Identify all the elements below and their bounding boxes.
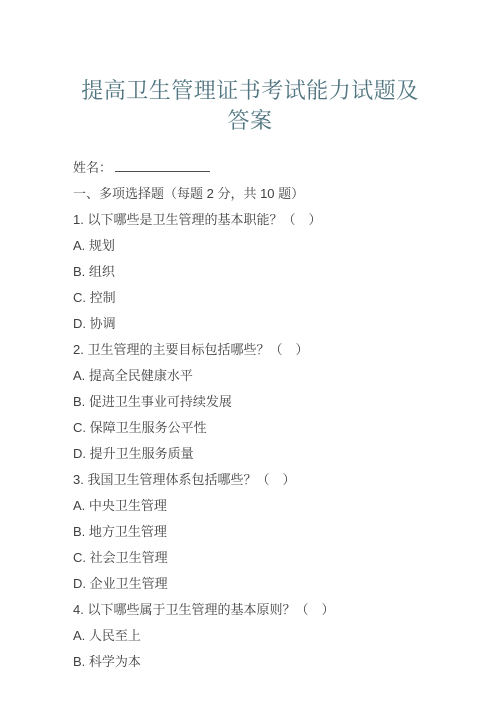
question-1-label: 1. 以下哪些是卫生管理的基本职能？（ ） bbox=[73, 213, 460, 226]
section-header: 一、多项选择题（每题 2 分，共 10 题） bbox=[73, 187, 460, 200]
name-label: 姓名： bbox=[73, 160, 112, 175]
question-3-option-a: A. 中央卫生管理 bbox=[73, 499, 460, 512]
question-4-label: 4. 以下哪些属于卫生管理的基本原则？（ ） bbox=[73, 603, 460, 616]
question-2-option-a: A. 提高全民健康水平 bbox=[73, 369, 460, 382]
name-field-row: 姓名： bbox=[73, 160, 460, 174]
question-3-option-c: C. 社会卫生管理 bbox=[73, 551, 460, 564]
document-page: 提高卫生管理证书考试能力试题及答案 姓名： 一、多项选择题（每题 2 分，共 1… bbox=[0, 0, 500, 707]
question-4-option-b: B. 科学为本 bbox=[73, 655, 460, 668]
question-4-option-a: A. 人民至上 bbox=[73, 629, 460, 642]
question-1-option-a: A. 规划 bbox=[73, 239, 460, 252]
question-2-option-b: B. 促进卫生事业可持续发展 bbox=[73, 395, 460, 408]
question-2-option-d: D. 提升卫生服务质量 bbox=[73, 447, 460, 460]
question-1-option-b: B. 组织 bbox=[73, 265, 460, 278]
question-3-option-b: B. 地方卫生管理 bbox=[73, 525, 460, 538]
question-2-option-c: C. 保障卫生服务公平性 bbox=[73, 421, 460, 434]
question-3-label: 3. 我国卫生管理体系包括哪些？（ ） bbox=[73, 473, 460, 486]
question-1-option-d: D. 协调 bbox=[73, 317, 460, 330]
document-title: 提高卫生管理证书考试能力试题及答案 bbox=[73, 76, 427, 136]
question-3-option-d: D. 企业卫生管理 bbox=[73, 577, 460, 590]
question-2-label: 2. 卫生管理的主要目标包括哪些？（ ） bbox=[73, 343, 460, 356]
question-1-option-c: C. 控制 bbox=[73, 291, 460, 304]
name-blank-line bbox=[115, 160, 210, 172]
